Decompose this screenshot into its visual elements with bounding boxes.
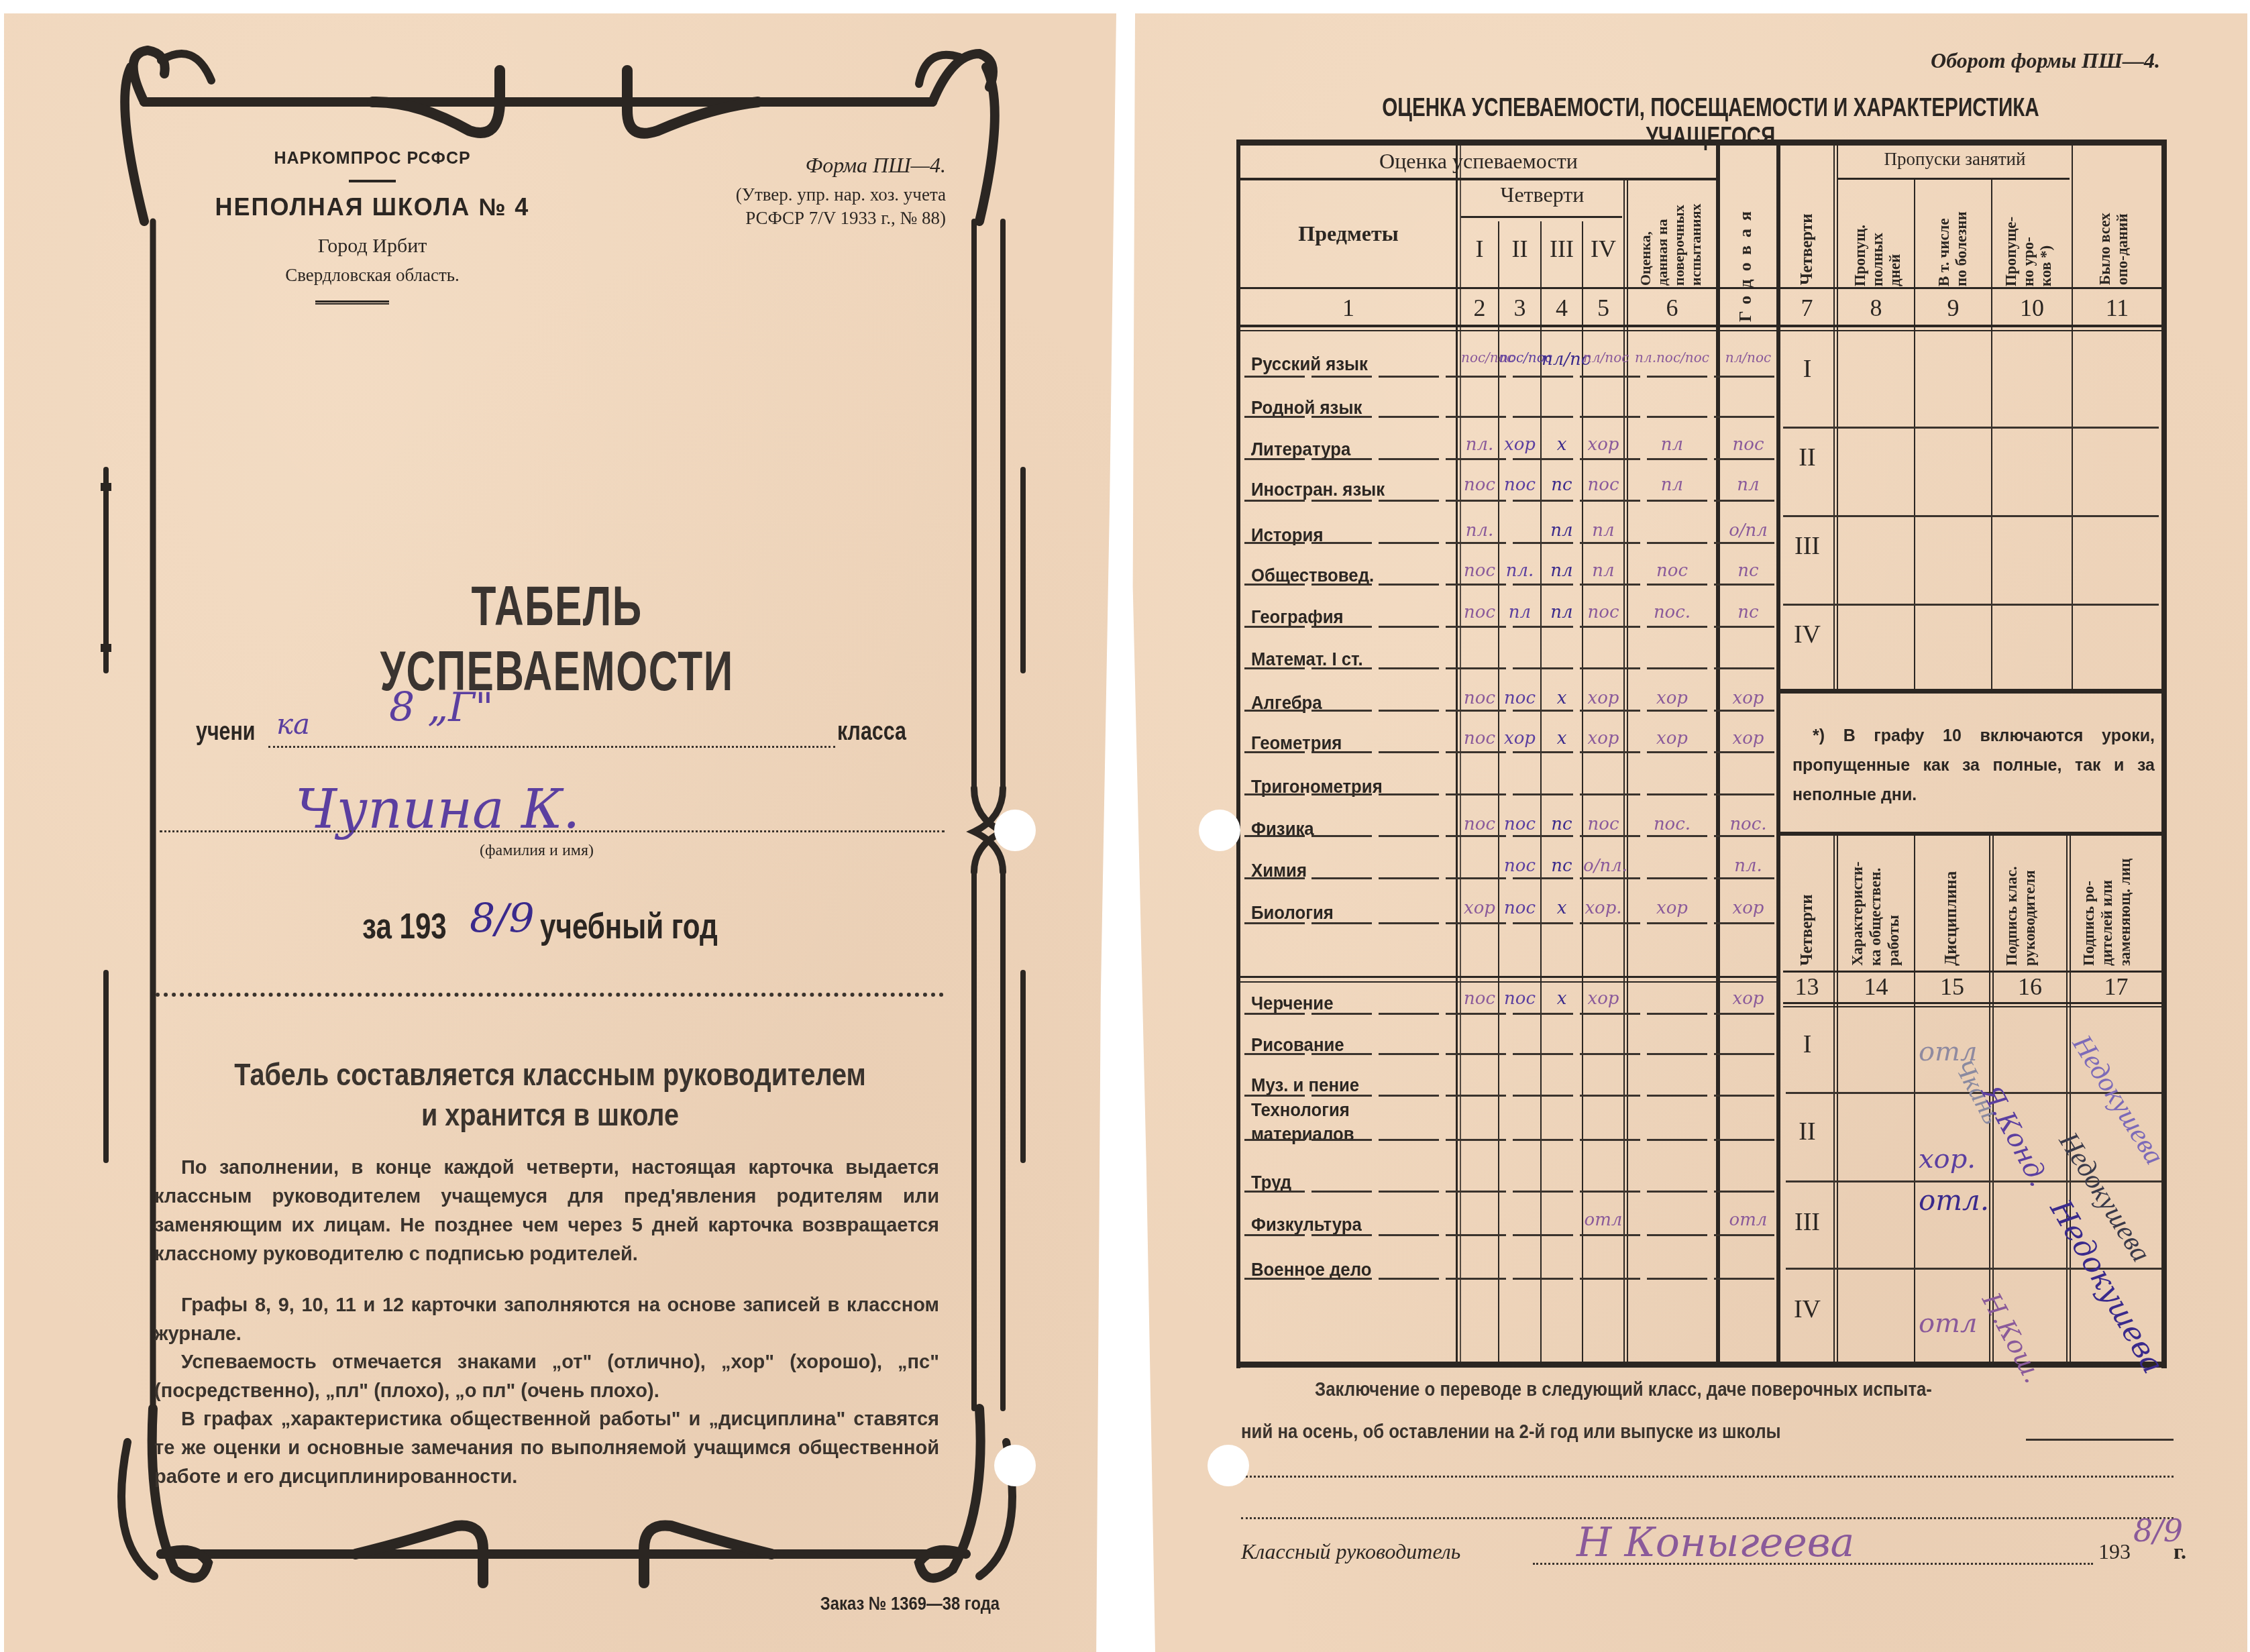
grade-cell-q3: х (1542, 435, 1582, 455)
grade-cell-q1: — (1461, 772, 1498, 792)
class-handwritten: 8 „Г" (389, 684, 494, 731)
grade-cell-q3: — (1542, 1168, 1582, 1188)
grade-cell-q4: пос (1583, 814, 1623, 834)
grade-cell-q3: пл/пс (1542, 349, 1582, 370)
grade-cell-q2: хор (1499, 728, 1540, 749)
attendance-quarter-3: III (1780, 531, 1834, 561)
grade-cell-exam: — (1628, 989, 1716, 1009)
grid-line (1837, 836, 1838, 1362)
class-label: класса (837, 718, 906, 747)
grade-cell-q4: — (1583, 1107, 1623, 1127)
grid-line (2070, 836, 2071, 1362)
col-num: 2 (1461, 294, 1498, 322)
region-divider (315, 300, 389, 305)
table-left-border (1236, 140, 1240, 1368)
social-work-header: Характеристи- ка обществен. работы (1848, 842, 1903, 966)
row-rule (1244, 751, 1778, 753)
row-rule (1244, 458, 1778, 460)
row-rule (1244, 1013, 1778, 1015)
punch-hole (994, 810, 1036, 851)
row-rule (1244, 1139, 1778, 1141)
grade-cell-q3: х (1542, 728, 1582, 749)
grade-cell-annual: о/пл (1720, 520, 1776, 541)
absence-lessons-header: Пропуще- но уро- ков *) (2002, 189, 2055, 286)
conclusion-fill-line (2026, 1439, 2174, 1441)
grade-cell-annual: — (1720, 1255, 1776, 1275)
grade-cell-q2: — (1499, 1168, 1540, 1188)
absence-illness-header: В т. числе по болезни (1935, 189, 1970, 286)
row-rule (1244, 416, 1778, 418)
grade-cell-q4: пл (1583, 561, 1623, 581)
grade-cell-annual: пл (1720, 475, 1776, 495)
grade-cell-q2: — (1499, 393, 1540, 413)
grade-cell-q1: — (1461, 856, 1498, 876)
grade-cell-exam: хор (1628, 728, 1716, 749)
grade-cell-exam: — (1628, 772, 1716, 792)
grid-line (1783, 1002, 2163, 1004)
grade-cell-q1: пл. (1461, 435, 1498, 455)
subject-name: Биология (1251, 901, 1334, 925)
grid-line (1991, 180, 1992, 690)
grade-cell-q4: — (1583, 645, 1623, 665)
grade-cell-q4: — (1583, 1030, 1623, 1050)
grade-cell-q4: хор. (1583, 898, 1623, 918)
grade-cell-annual: пл. (1720, 856, 1776, 876)
form-approval-line1: (Утвер. упр. нар. хоз. учета (644, 184, 946, 205)
row-rule (1244, 376, 1778, 378)
grade-cell-q2: пос (1499, 475, 1540, 495)
grade-cell-q3: — (1542, 1107, 1582, 1127)
grade-cell-q1: — (1461, 645, 1498, 665)
conclusion-line1: Заключение о переводе в следующий класс,… (1315, 1378, 2071, 1401)
school-name: НЕПОЛНАЯ ШКОЛА № 4 (195, 193, 550, 221)
subject-name: Муз. и пение (1251, 1073, 1359, 1097)
grid-line (1456, 146, 1458, 1362)
grade-cell-q1: пос (1461, 728, 1498, 749)
row-rule (1244, 1095, 1778, 1097)
discipline-grade: хор. (1919, 1144, 1976, 1174)
grade-cell-q3: — (1542, 393, 1582, 413)
instruction-paragraph: Графы 8, 9, 10, 11 и 12 карточки заполня… (154, 1291, 939, 1349)
year-handwritten: 8/9 (470, 895, 535, 942)
grade-cell-q4: отл (1583, 1210, 1623, 1230)
grade-cell-exam: — (1628, 393, 1716, 413)
row-rule (1244, 500, 1778, 502)
grade-cell-q4: — (1583, 772, 1623, 792)
grade-cell-q3: — (1542, 1255, 1582, 1275)
grid-line (1783, 1006, 2163, 1007)
grid-line (2066, 836, 2068, 1362)
attendance-quarter-4: IV (1780, 620, 1834, 649)
grade-cell-annual: хор (1720, 728, 1776, 749)
grade-cell-exam: пл (1628, 435, 1716, 455)
grade-cell-exam: — (1628, 645, 1716, 665)
char-quarter-3: III (1780, 1207, 1834, 1237)
date-prefix: 193 (2098, 1539, 2131, 1564)
grade-cell-q1: — (1461, 1107, 1498, 1127)
grade-cell-exam: — (1628, 1168, 1716, 1188)
col-num: 11 (2073, 294, 2161, 322)
instruction-paragraph: По заполнении, в конце каждой четверти, … (154, 1154, 939, 1269)
grade-cell-q4: пл/пос (1583, 349, 1623, 366)
form-reverse-label: Оборот формы ПШ—4. (1811, 48, 2160, 73)
row-rule (1244, 626, 1778, 628)
grade-cell-q3: пл (1542, 561, 1582, 581)
subjects-header: Предметы (1241, 221, 1456, 246)
grade-cell-annual: — (1720, 1030, 1776, 1050)
grade-cell-annual: — (1720, 1107, 1776, 1127)
grade-cell-q2: пос (1499, 989, 1540, 1009)
year-prefix: за 193 (362, 905, 447, 947)
punch-hole (1199, 810, 1240, 851)
year-suffix: учебный год (540, 905, 718, 947)
grade-cell-q2: — (1499, 645, 1540, 665)
grid-line (1240, 287, 2163, 289)
grid-line (1837, 146, 1838, 689)
col-num: 6 (1628, 294, 1716, 322)
grade-cell-q1: пл. (1461, 520, 1498, 541)
student-prefix: учени (196, 718, 256, 747)
student-suffix-handwritten: ка (276, 708, 310, 740)
quarter-label-3: III (1542, 235, 1582, 263)
student-class-line (268, 746, 835, 748)
row-rule (1244, 922, 1778, 924)
grade-cell-annual: пс (1720, 561, 1776, 581)
col-num: 9 (1915, 294, 1991, 322)
grade-cell-q2: пос (1499, 814, 1540, 834)
grade-cell-exam: — (1628, 1255, 1716, 1275)
grade-cell-q1: пос/пос (1461, 349, 1498, 366)
grid-line (1461, 216, 1622, 218)
grade-cell-q1: — (1461, 1210, 1498, 1230)
col-num: 1 (1241, 294, 1456, 322)
absence-full-days-header: Пропущ. полных дней (1852, 189, 1904, 286)
row-rule (1244, 667, 1778, 669)
char-quarter-4: IV (1780, 1295, 1834, 1324)
discipline-header: Дисциплина (1942, 872, 1961, 966)
col-num: 5 (1583, 294, 1623, 322)
grade-cell-q1: пос (1461, 814, 1498, 834)
grid-line (1783, 604, 2159, 606)
col-num: 3 (1499, 294, 1540, 322)
grade-cell-annual: пос (1720, 435, 1776, 455)
col-num: 10 (1992, 294, 2072, 322)
grade-cell-q4: хор (1583, 435, 1623, 455)
instruction-paragraph: В графах „характеристика общественной ра… (154, 1405, 939, 1492)
row-rule (1244, 1234, 1778, 1236)
col-num: 7 (1780, 294, 1833, 322)
grade-cell-q1: — (1461, 1070, 1498, 1091)
teacher-label: Классный руководитель (1241, 1539, 1460, 1564)
grade-cell-q2: пл. (1499, 561, 1540, 581)
grade-cell-q2: пос/пос (1499, 349, 1540, 366)
grade-cell-annual: — (1720, 393, 1776, 413)
city-label: Город Ирбит (248, 235, 496, 258)
instructions-heading-line2: и хранится в школе (210, 1097, 891, 1133)
grade-cell-annual: хор (1720, 898, 1776, 918)
grid-line (1240, 330, 2163, 331)
grade-cell-q4: пос (1583, 475, 1623, 495)
row-rule (1244, 877, 1778, 879)
grade-cell-q1: — (1461, 1030, 1498, 1050)
grade-cell-q3: х (1542, 898, 1582, 918)
row-rule (1244, 542, 1778, 544)
grade-cell-q4: пос (1583, 602, 1623, 622)
grade-cell-exam: пос (1628, 561, 1716, 581)
grade-cell-q2: — (1499, 1070, 1540, 1091)
row-rule (1244, 1053, 1778, 1055)
section-divider (156, 993, 944, 997)
annual-grade-header: Годовая (1736, 191, 1755, 322)
grid-line (2072, 146, 2073, 689)
grade-cell-q2: пос (1499, 856, 1540, 876)
grade-cell-q1: пос (1461, 561, 1498, 581)
grade-cell-annual: хор (1720, 688, 1776, 708)
date-suffix: г. (2174, 1539, 2186, 1564)
row-rule (1244, 793, 1778, 795)
grade-cell-annual: отл (1720, 1210, 1776, 1230)
col-num: 14 (1838, 973, 1914, 1001)
form-approval-line2: РСФСР 7/V 1933 г., № 88) (644, 208, 946, 229)
grade-cell-annual: пос. (1720, 814, 1776, 834)
teacher-signature-header: Подпись клас. руководителя (2002, 842, 2039, 966)
quarter-label-1: I (1461, 235, 1498, 263)
grade-cell-q3: — (1542, 1030, 1582, 1050)
grade-cell-q4: хор (1583, 728, 1623, 749)
row-rule (1244, 584, 1778, 586)
attendance-quarter-1: I (1780, 354, 1834, 384)
grid-line (1240, 976, 1780, 978)
grade-cell-q4: — (1583, 1168, 1623, 1188)
grade-cell-q1: — (1461, 393, 1498, 413)
grade-cell-q1: — (1461, 1168, 1498, 1188)
form-label: Форма ПШ—4. (711, 153, 946, 178)
grid-line (1914, 180, 1915, 690)
grade-cell-q1: пос (1461, 475, 1498, 495)
subject-name: Черчение (1251, 991, 1334, 1015)
grade-cell-exam: пл.пос/пос (1628, 349, 1716, 366)
student-name-line (160, 830, 945, 832)
attendance-quarters-header: Четверти (1798, 188, 1817, 285)
col-num: 17 (2071, 973, 2161, 1001)
grid-line (1783, 427, 2159, 429)
grade-cell-exam: пос. (1628, 814, 1716, 834)
subject-name: Иностран. язык (1251, 478, 1385, 502)
grade-cell-annual: пс (1720, 602, 1776, 622)
grades-header: Оценка успеваемости (1241, 149, 1716, 174)
name-caption: (фамилия и имя) (436, 842, 637, 860)
grade-cell-q4: хор (1583, 989, 1623, 1009)
grade-cell-q2: хор (1499, 435, 1540, 455)
grade-cell-q4: о/пл. (1583, 856, 1623, 876)
grade-cell-q2: — (1499, 1210, 1540, 1230)
grid-line (1838, 178, 2070, 180)
grade-cell-q2: — (1499, 1030, 1540, 1050)
grade-cell-annual: — (1720, 1168, 1776, 1188)
punch-hole (1208, 1445, 1249, 1486)
grade-cell-annual: — (1720, 645, 1776, 665)
grid-line (1240, 981, 1780, 983)
subject-name: Физика (1251, 817, 1314, 841)
grade-cell-q1: пос (1461, 688, 1498, 708)
quarter-label-2: II (1499, 235, 1540, 263)
grade-cell-q2: пос (1499, 898, 1540, 918)
grade-cell-q2: — (1499, 1107, 1540, 1127)
char-quarter-1: I (1780, 1030, 1834, 1059)
grade-cell-exam: — (1628, 1030, 1716, 1050)
grade-cell-q4: хор (1583, 688, 1623, 708)
col-num: 13 (1780, 973, 1833, 1001)
grade-cell-q2: — (1499, 1255, 1540, 1275)
grade-cell-q3: — (1542, 645, 1582, 665)
grade-cell-q2: пл (1499, 602, 1540, 622)
discipline-grade: отл (1919, 1308, 1977, 1339)
grade-cell-q2: — (1499, 772, 1540, 792)
grid-line (1914, 836, 1915, 1362)
grid-line (1776, 146, 1780, 1362)
char-quarters-header: Четверти (1798, 872, 1817, 966)
parent-signature-header: Подпись ро- дителей или заменяющ. лиц (2080, 835, 2134, 966)
grade-cell-q2: — (1499, 520, 1540, 541)
grade-cell-exam: — (1628, 1107, 1716, 1127)
col-num: 15 (1915, 973, 1989, 1001)
instruction-paragraph: Успеваемость отмечается знаками „от" (от… (154, 1348, 939, 1406)
row-rule (1244, 835, 1778, 837)
quarter-label-4: IV (1583, 235, 1623, 263)
grade-cell-q4: — (1583, 1070, 1623, 1091)
col-num: 8 (1838, 294, 1914, 322)
grade-cell-exam: хор (1628, 688, 1716, 708)
grade-cell-q1: пос (1461, 989, 1498, 1009)
grid-line (1780, 689, 2163, 694)
class-teacher-signature: Н Коныгеева (1576, 1519, 1854, 1566)
grade-cell-q4: — (1583, 393, 1623, 413)
row-rule (1244, 1278, 1778, 1280)
grid-line (1783, 515, 2159, 517)
grade-cell-exam: хор (1628, 898, 1716, 918)
order-number: Заказ № 1369—38 года (749, 1593, 1000, 1614)
grade-cell-annual: хор (1720, 989, 1776, 1009)
table-top-border (1236, 140, 2165, 146)
col-num: 16 (1994, 973, 2066, 1001)
grade-cell-q3: пс (1542, 475, 1582, 495)
subject-name: Русский язык (1251, 352, 1368, 376)
grid-line (1833, 836, 1835, 1362)
grade-cell-q4: пл (1583, 520, 1623, 541)
ministry-label: НАРКОМПРОС РСФСР (262, 149, 483, 168)
absences-header: Пропуски занятий (1838, 149, 2072, 170)
grade-cell-q3: пс (1542, 814, 1582, 834)
grid-line (1240, 325, 2163, 327)
region-label: Свердловская область. (228, 265, 517, 286)
grade-cell-q3: — (1542, 1070, 1582, 1091)
grade-cell-exam: — (1628, 1070, 1716, 1091)
grade-cell-q2: пос (1499, 688, 1540, 708)
discipline-grade: отл. (1919, 1184, 1989, 1217)
col-num: 4 (1542, 294, 1582, 322)
table-right-border (2161, 140, 2167, 1368)
exam-grade-header: Оценка, данная на поверочных испытаниях (1637, 185, 1704, 286)
instructions-heading-line1: Табель составляется классным руководител… (210, 1056, 891, 1093)
footnote: *) В графу 10 включаются уроки, пропущен… (1792, 721, 2155, 810)
grade-cell-exam: — (1628, 856, 1716, 876)
grade-cell-q3: пл (1542, 520, 1582, 541)
grade-cell-q1: хор (1461, 898, 1498, 918)
conclusion-line2: ний на осень, об оставлении на 2-й год и… (1241, 1421, 1781, 1443)
grade-cell-annual: пл/пос (1720, 349, 1776, 366)
grade-cell-q3: х (1542, 989, 1582, 1009)
grade-cell-q1: — (1461, 1255, 1498, 1275)
grade-cell-q1: пос (1461, 602, 1498, 622)
grade-cell-annual: — (1720, 1070, 1776, 1091)
quarters-header: Четверти (1461, 182, 1623, 207)
grid-line (1240, 178, 1717, 180)
grade-cell-annual: — (1720, 772, 1776, 792)
grade-cell-q3: х (1542, 688, 1582, 708)
conclusion-dotted-line (1241, 1476, 2174, 1478)
grade-cell-q3: пл (1542, 602, 1582, 622)
grade-cell-exam: пл (1628, 475, 1716, 495)
grade-cell-q3: пс (1542, 856, 1582, 876)
lateness-header: Было всех опо-даний (2096, 181, 2131, 285)
row-rule (1244, 1191, 1778, 1193)
char-quarter-2: II (1780, 1117, 1834, 1146)
grade-cell-q4: — (1583, 1255, 1623, 1275)
row-rule (1244, 710, 1778, 712)
grade-cell-exam: пос. (1628, 602, 1716, 622)
attendance-quarter-2: II (1780, 443, 1834, 472)
grade-cell-exam: — (1628, 520, 1716, 541)
subject-name: Физкультура (1251, 1213, 1362, 1237)
grid-line (1833, 146, 1835, 689)
ministry-divider (349, 180, 396, 182)
grade-cell-q3: — (1542, 772, 1582, 792)
punch-hole (994, 1445, 1036, 1486)
